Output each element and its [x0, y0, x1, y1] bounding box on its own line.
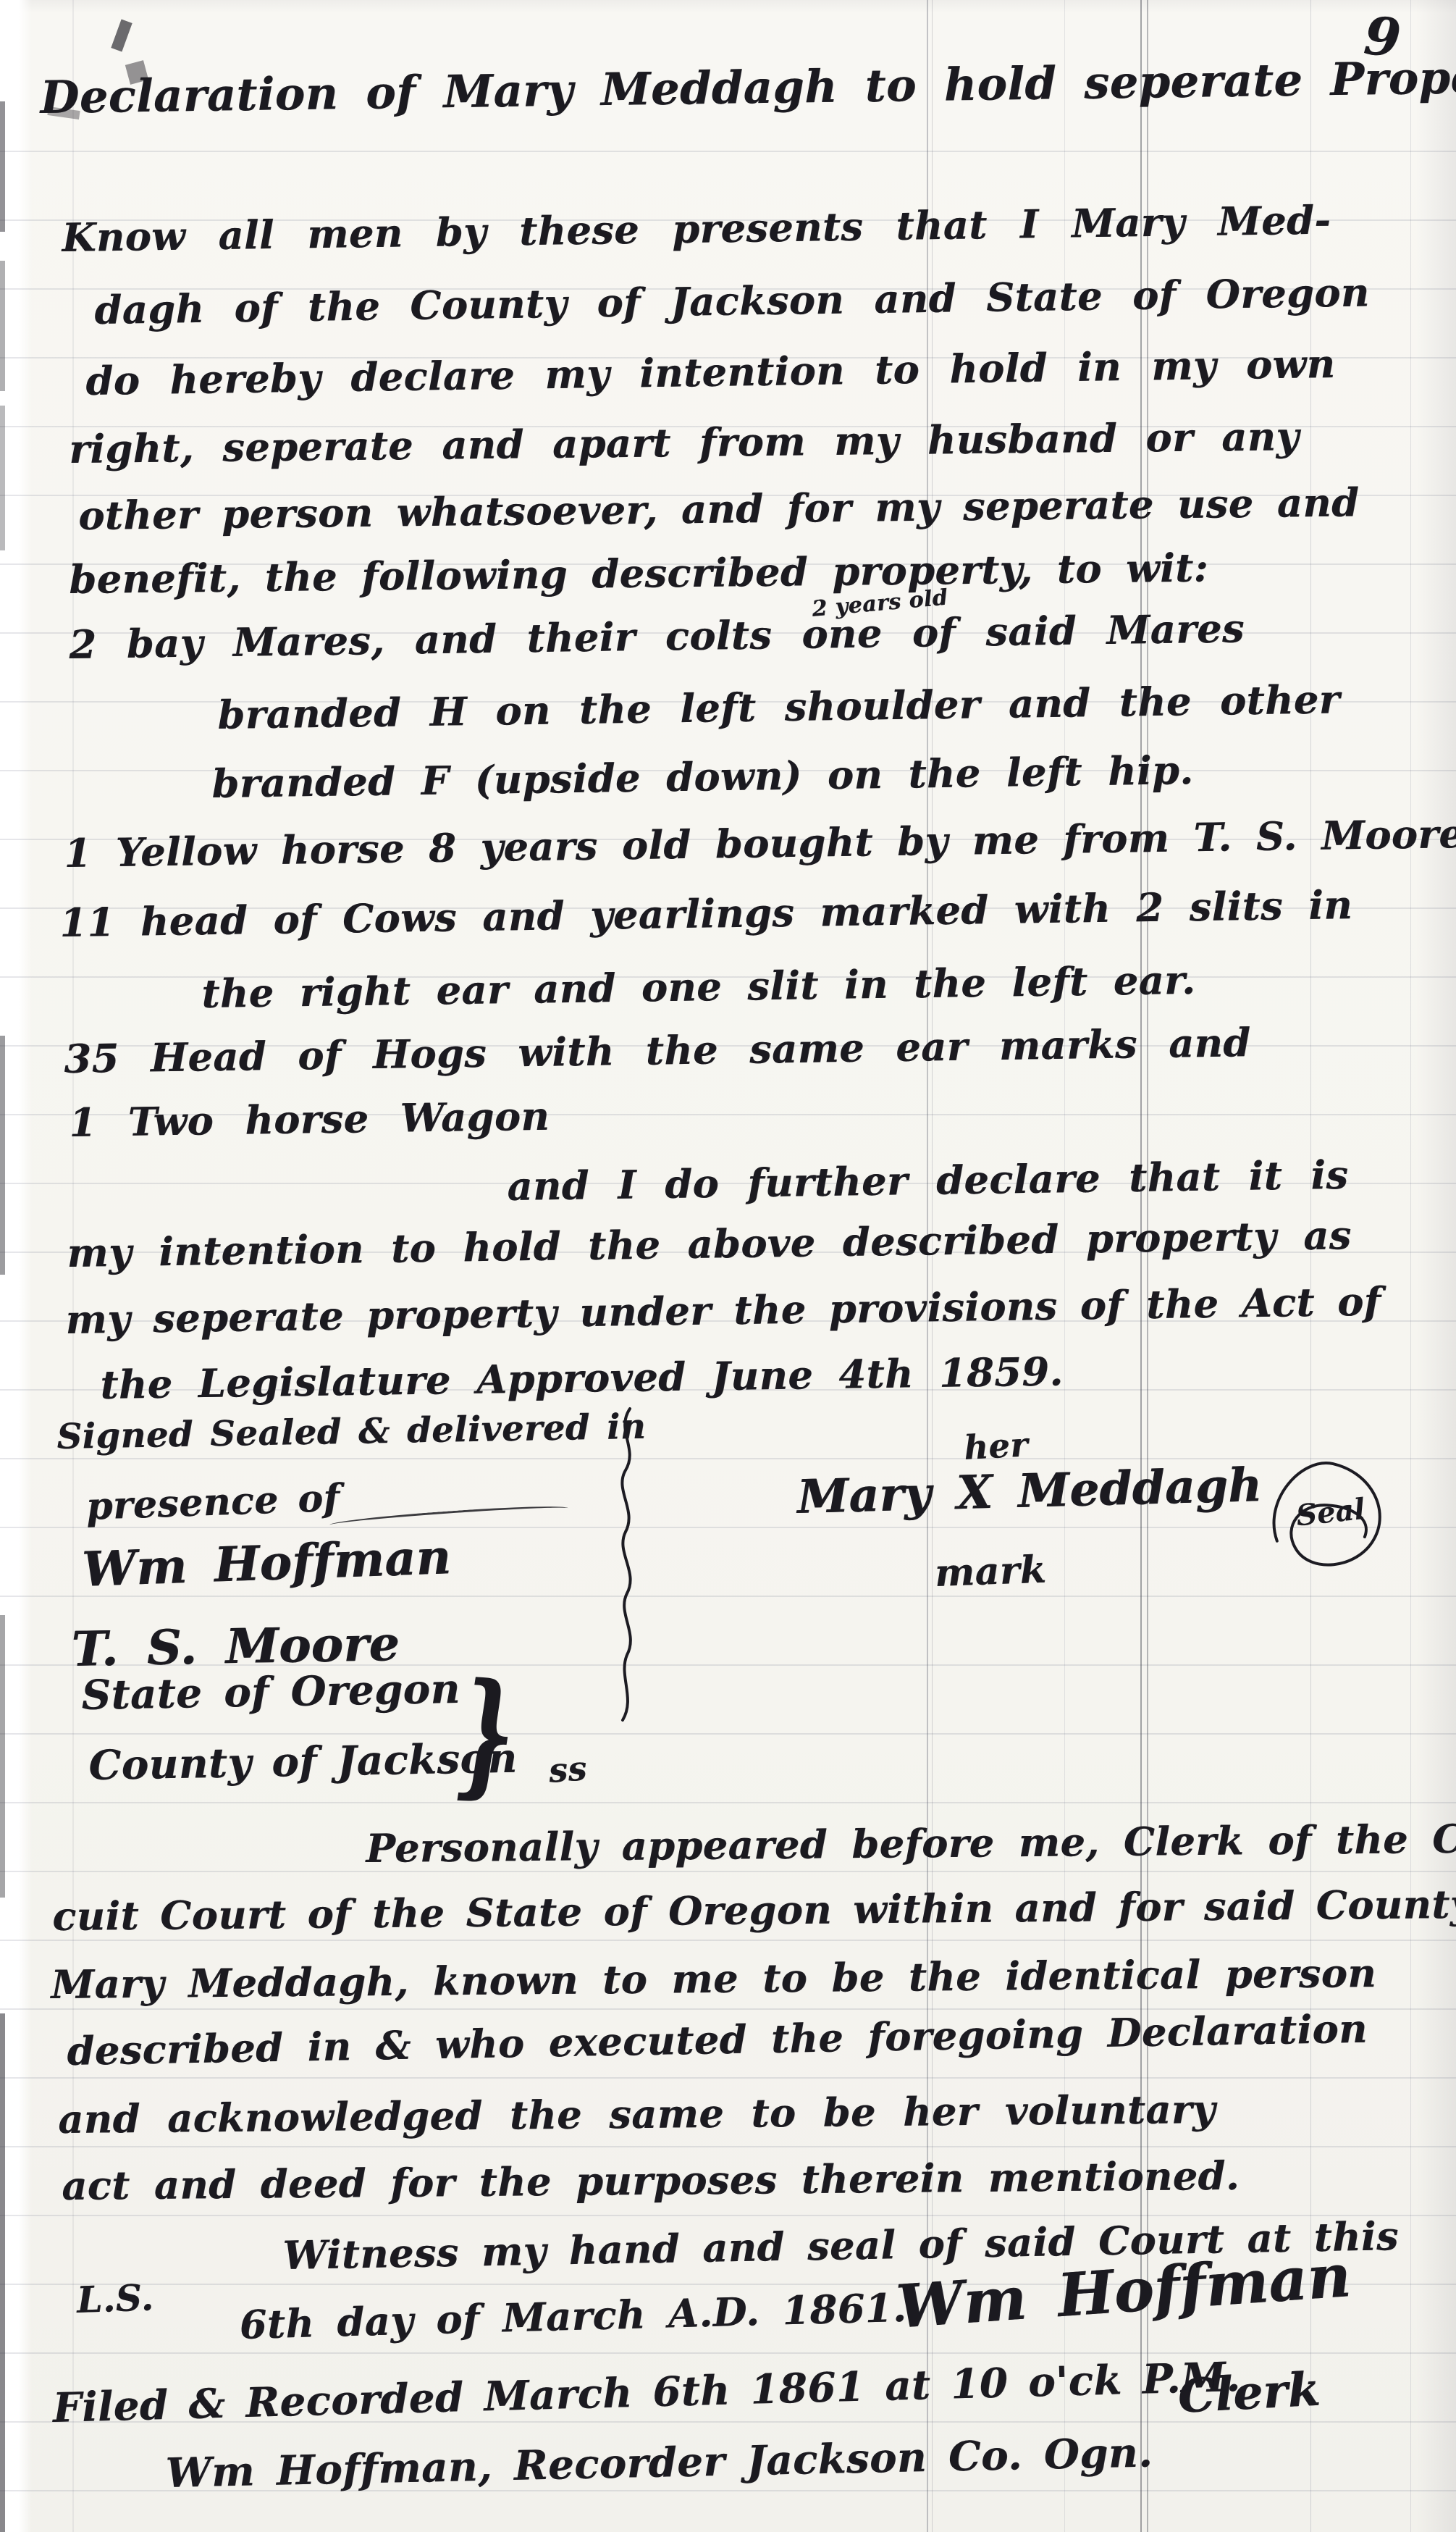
- mark-label: mark: [934, 1548, 1047, 1596]
- acknowledgment-line: Personally appeared before me, Clerk of …: [366, 1815, 1456, 1871]
- attestation-line: presence of: [85, 1476, 340, 1529]
- property-line: 1 Two horse Wagon: [69, 1093, 550, 1146]
- witness-brace: [608, 1409, 641, 1720]
- venue-county: County of Jackson: [88, 1735, 518, 1790]
- venue-brace: }: [457, 1653, 516, 1814]
- venue-ss: ss: [547, 1748, 588, 1790]
- seal-word: Seal: [1295, 1492, 1367, 1533]
- seal-flourish: Seal: [1252, 1441, 1405, 1582]
- venue-state: State of Oregon: [81, 1665, 460, 1719]
- her-label: her: [963, 1425, 1029, 1467]
- clerk-label: Clerk: [1177, 2363, 1321, 2424]
- ls-seal-notation: L.S.: [76, 2276, 154, 2321]
